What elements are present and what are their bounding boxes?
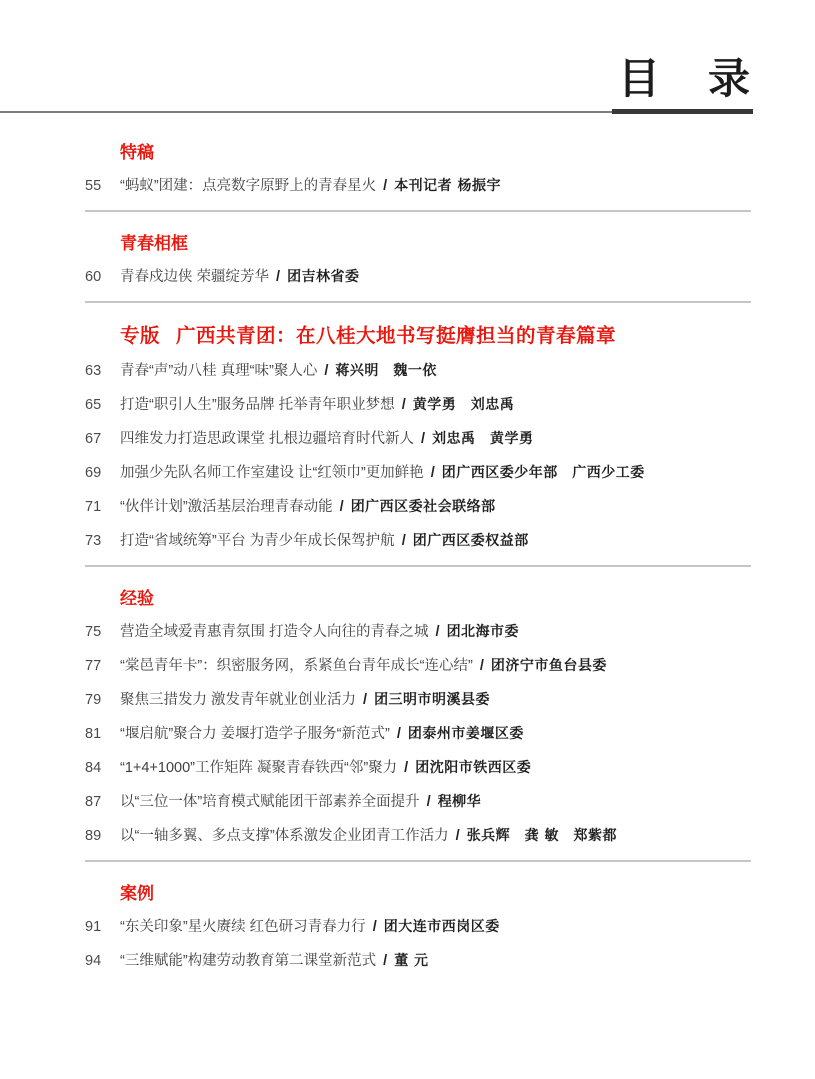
entry-separator: / [363,690,367,710]
entry-authors: 团泰州市姜堰区委 [408,724,524,744]
entry-title: “蚂蚁”团建：点亮数字原野上的青春星火 [120,176,376,196]
page-title: 目 录 [618,46,753,106]
toc-entry: 75 营造全域爱青惠青氛围 打造令人向往的青春之城 / 团北海市委 [85,622,751,642]
section-headline: 广西共青团：在八桂大地书写挺膺担当的青春篇章 [176,325,616,347]
table-of-contents: 特稿 55 “蚂蚁”团建：点亮数字原野上的青春星火 / 本刊记者 杨振宇 青春相… [85,141,751,985]
entry-title: 青春“声”动八桂 真理“味”聚人心 [120,361,317,381]
entry-page-number: 81 [85,724,120,744]
entry-separator: / [383,176,387,196]
toc-entry: 73 打造“省域统筹”平台 为青少年成长保驾护航 / 团广西区委权益部 [85,531,751,551]
toc-section-tegao: 特稿 55 “蚂蚁”团建：点亮数字原野上的青春星火 / 本刊记者 杨振宇 [85,141,751,212]
entry-authors: 团沈阳市铁西区委 [415,758,531,778]
toc-entry: 71 “伙伴计划”激活基层治理青春动能 / 团广西区委社会联络部 [85,497,751,517]
section-heading: 青春相框 [120,232,751,256]
entry-page-number: 71 [85,497,120,517]
toc-entry: 65 打造“职引人生”服务品牌 托举青年职业梦想 / 黄学勇 刘忠禹 [85,395,751,415]
entry-separator: / [436,622,440,642]
section-divider [85,565,751,567]
entry-title: 打造“职引人生”服务品牌 托举青年职业梦想 [120,395,395,415]
toc-entry: 55 “蚂蚁”团建：点亮数字原野上的青春星火 / 本刊记者 杨振宇 [85,176,751,196]
header-rule-thick [612,109,753,114]
section-divider [85,210,751,212]
entry-authors: 董 元 [394,951,428,971]
entry-authors: 本刊记者 杨振宇 [394,176,501,196]
entry-authors: 团广西区委社会联络部 [351,497,496,517]
toc-entry: 77 “棠邑青年卡”：织密服务网，系紧鱼台青年成长“连心结” / 团济宁市鱼台县… [85,656,751,676]
toc-entry: 67 四维发力打造思政课堂 扎根边疆培育时代新人 / 刘忠禹 黄学勇 [85,429,751,449]
toc-entry: 81 “堰启航”聚合力 姜堰打造学子服务“新范式” / 团泰州市姜堰区委 [85,724,751,744]
toc-entry: 63 青春“声”动八桂 真理“味”聚人心 / 蒋兴明 魏一依 [85,361,751,381]
entry-page-number: 91 [85,917,120,937]
entry-separator: / [404,758,408,778]
toc-entry: 84 “1+4+1000”工作矩阵 凝聚青春铁西“邻”聚力 / 团沈阳市铁西区委 [85,758,751,778]
entry-title: 青春戍边侠 荣疆绽芳华 [120,267,269,287]
section-heading: 经验 [120,587,751,611]
entry-page-number: 65 [85,395,120,415]
entry-title: 营造全域爱青惠青氛围 打造令人向往的青春之城 [120,622,429,642]
entry-page-number: 84 [85,758,120,778]
entry-separator: / [480,656,484,676]
toc-entry: 89 以“一轴多翼、多点支撑”体系激发企业团青工作活力 / 张兵辉 龚 敏 郑紫… [85,826,751,846]
entry-page-number: 69 [85,463,120,483]
entry-separator: / [421,429,425,449]
entry-title: “伙伴计划”激活基层治理青春动能 [120,497,333,517]
entry-page-number: 79 [85,690,120,710]
entry-page-number: 77 [85,656,120,676]
entry-page-number: 94 [85,951,120,971]
entry-title: 以“三位一体”培育模式赋能团干部素养全面提升 [120,792,420,812]
entry-separator: / [397,724,401,744]
entry-authors: 团广西区委少年部 广西少工委 [442,463,645,483]
toc-section-jingyan: 经验 75 营造全域爱青惠青氛围 打造令人向往的青春之城 / 团北海市委 77 … [85,587,751,862]
entry-title: “三维赋能”构建劳动教育第二课堂新范式 [120,951,376,971]
entry-separator: / [373,917,377,937]
entry-page-number: 75 [85,622,120,642]
entry-title: “棠邑青年卡”：织密服务网，系紧鱼台青年成长“连心结” [120,656,473,676]
entry-page-number: 63 [85,361,120,381]
entry-authors: 蒋兴明 魏一依 [335,361,437,381]
entry-authors: 张兵辉 龚 敏 郑紫都 [467,826,617,846]
section-divider [85,860,751,862]
toc-entry: 69 加强少先队名师工作室建设 让“红领巾”更加鲜艳 / 团广西区委少年部 广西… [85,463,751,483]
entry-separator: / [276,267,280,287]
entry-title: “1+4+1000”工作矩阵 凝聚青春铁西“邻”聚力 [120,758,397,778]
section-heading: 特稿 [120,141,751,165]
entry-title: 四维发力打造思政课堂 扎根边疆培育时代新人 [120,429,414,449]
entry-authors: 团三明市明溪县委 [374,690,490,710]
entry-title: 以“一轴多翼、多点支撑”体系激发企业团青工作活力 [120,826,449,846]
entry-page-number: 55 [85,176,120,196]
entry-separator: / [427,792,431,812]
toc-section-zhuanban: 专版广西共青团：在八桂大地书写挺膺担当的青春篇章 63 青春“声”动八桂 真理“… [85,323,751,567]
entry-page-number: 87 [85,792,120,812]
section-heading: 案例 [120,882,751,906]
toc-entry: 94 “三维赋能”构建劳动教育第二课堂新范式 / 董 元 [85,951,751,971]
entry-page-number: 67 [85,429,120,449]
entry-authors: 团北海市委 [447,622,520,642]
toc-section-anli: 案例 91 “东关印象”星火赓续 红色研习青春力行 / 团大连市西岗区委 94 … [85,882,751,971]
entry-separator: / [431,463,435,483]
entry-separator: / [383,951,387,971]
entry-title: 加强少先队名师工作室建设 让“红领巾”更加鲜艳 [120,463,424,483]
entry-page-number: 60 [85,267,120,287]
toc-section-qingchun-xiangkuang: 青春相框 60 青春戍边侠 荣疆绽芳华 / 团吉林省委 [85,232,751,303]
toc-entry: 91 “东关印象”星火赓续 红色研习青春力行 / 团大连市西岗区委 [85,917,751,937]
entry-page-number: 73 [85,531,120,551]
toc-entry: 79 聚焦三措发力 激发青年就业创业活力 / 团三明市明溪县委 [85,690,751,710]
entry-separator: / [402,395,406,415]
toc-entry: 87 以“三位一体”培育模式赋能团干部素养全面提升 / 程柳华 [85,792,751,812]
toc-entry: 60 青春戍边侠 荣疆绽芳华 / 团吉林省委 [85,267,751,287]
entry-separator: / [340,497,344,517]
entry-title: “东关印象”星火赓续 红色研习青春力行 [120,917,366,937]
entry-title: 聚焦三措发力 激发青年就业创业活力 [120,690,356,710]
entry-separator: / [324,361,328,381]
entry-page-number: 89 [85,826,120,846]
section-heading-label: 专版 [120,325,160,347]
entry-separator: / [402,531,406,551]
entry-authors: 团吉林省委 [287,267,360,287]
entry-title: 打造“省域统筹”平台 为青少年成长保驾护航 [120,531,395,551]
section-heading-special: 专版广西共青团：在八桂大地书写挺膺担当的青春篇章 [120,323,751,349]
entry-authors: 程柳华 [438,792,482,812]
entry-authors: 刘忠禹 黄学勇 [432,429,534,449]
entry-authors: 团大连市西岗区委 [384,917,500,937]
section-divider [85,301,751,303]
entry-authors: 团广西区委权益部 [413,531,529,551]
entry-authors: 黄学勇 刘忠禹 [413,395,515,415]
entry-title: “堰启航”聚合力 姜堰打造学子服务“新范式” [120,724,390,744]
entry-authors: 团济宁市鱼台县委 [491,656,607,676]
entry-separator: / [456,826,460,846]
